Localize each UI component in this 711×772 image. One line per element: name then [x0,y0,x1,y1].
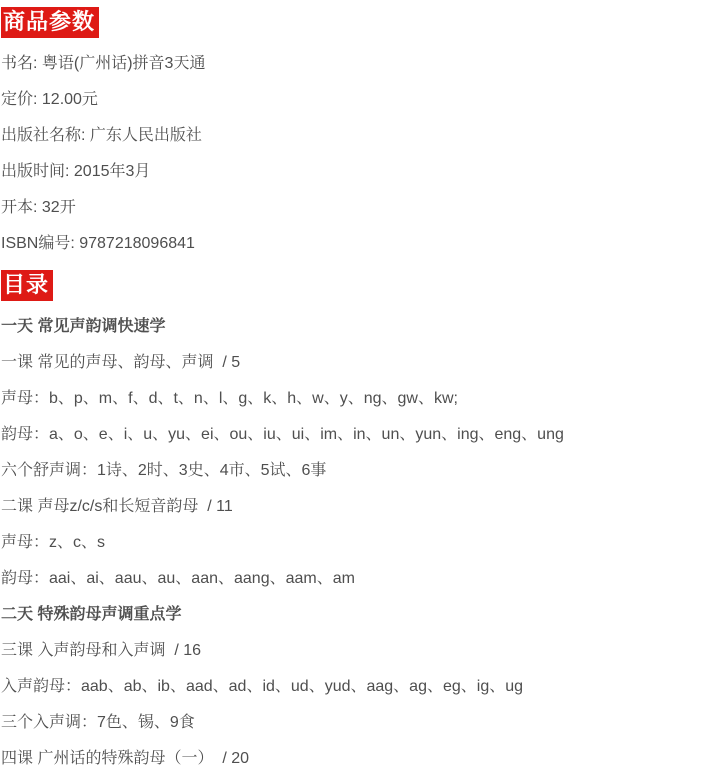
param-line-isbn: ISBN编号: 9787218096841 [1,226,711,262]
product-params-header: 商品参数 [1,7,99,38]
param-line-book-title: 书名: 粤语(广州话)拼音3天通 [1,46,711,82]
toc-detail-line: 三个入声调：7色、锡、9食 [1,705,711,741]
param-line-publish-date: 出版时间: 2015年3月 [1,154,711,190]
param-line-publisher: 出版社名称: 广东人民出版社 [1,118,711,154]
toc-header: 目录 [1,270,53,301]
toc-lesson-line: 四课 广州话的特殊韵母（一） / 20 [1,741,711,772]
toc-detail-line: 六个舒声调：1诗、2时、3史、4市、5试、6事 [1,453,711,489]
toc-detail-line: 入声韵母：aab、ab、ib、aad、ad、id、ud、yud、aag、ag、e… [1,669,711,705]
toc-detail-line: 韵母：a、o、e、i、u、yu、ei、ou、iu、ui、im、in、un、yun… [1,417,711,453]
product-description-page: 商品参数 书名: 粤语(广州话)拼音3天通 定价: 12.00元 出版社名称: … [0,0,711,772]
param-line-price: 定价: 12.00元 [1,82,711,118]
toc-day-heading: 一天 常见声韵调快速学 [1,309,711,345]
product-params-section: 商品参数 书名: 粤语(广州话)拼音3天通 定价: 12.00元 出版社名称: … [1,0,711,262]
toc-detail-line: 声母：b、p、m、f、d、t、n、l、g、k、h、w、y、ng、gw、kw; [1,381,711,417]
toc-detail-line: 韵母：aai、ai、aau、au、aan、aang、aam、am [1,561,711,597]
toc-day-heading: 二天 特殊韵母声调重点学 [1,597,711,633]
toc-section: 目录 一天 常见声韵调快速学 一课 常见的声母、韵母、声调 / 5 声母：b、p… [1,262,711,772]
toc-detail-line: 声母：z、c、s [1,525,711,561]
toc-lesson-line: 二课 声母z/c/s和长短音韵母 / 11 [1,489,711,525]
toc-lesson-line: 一课 常见的声母、韵母、声调 / 5 [1,345,711,381]
toc-lesson-line: 三课 入声韵母和入声调 / 16 [1,633,711,669]
param-line-format: 开本: 32开 [1,190,711,226]
